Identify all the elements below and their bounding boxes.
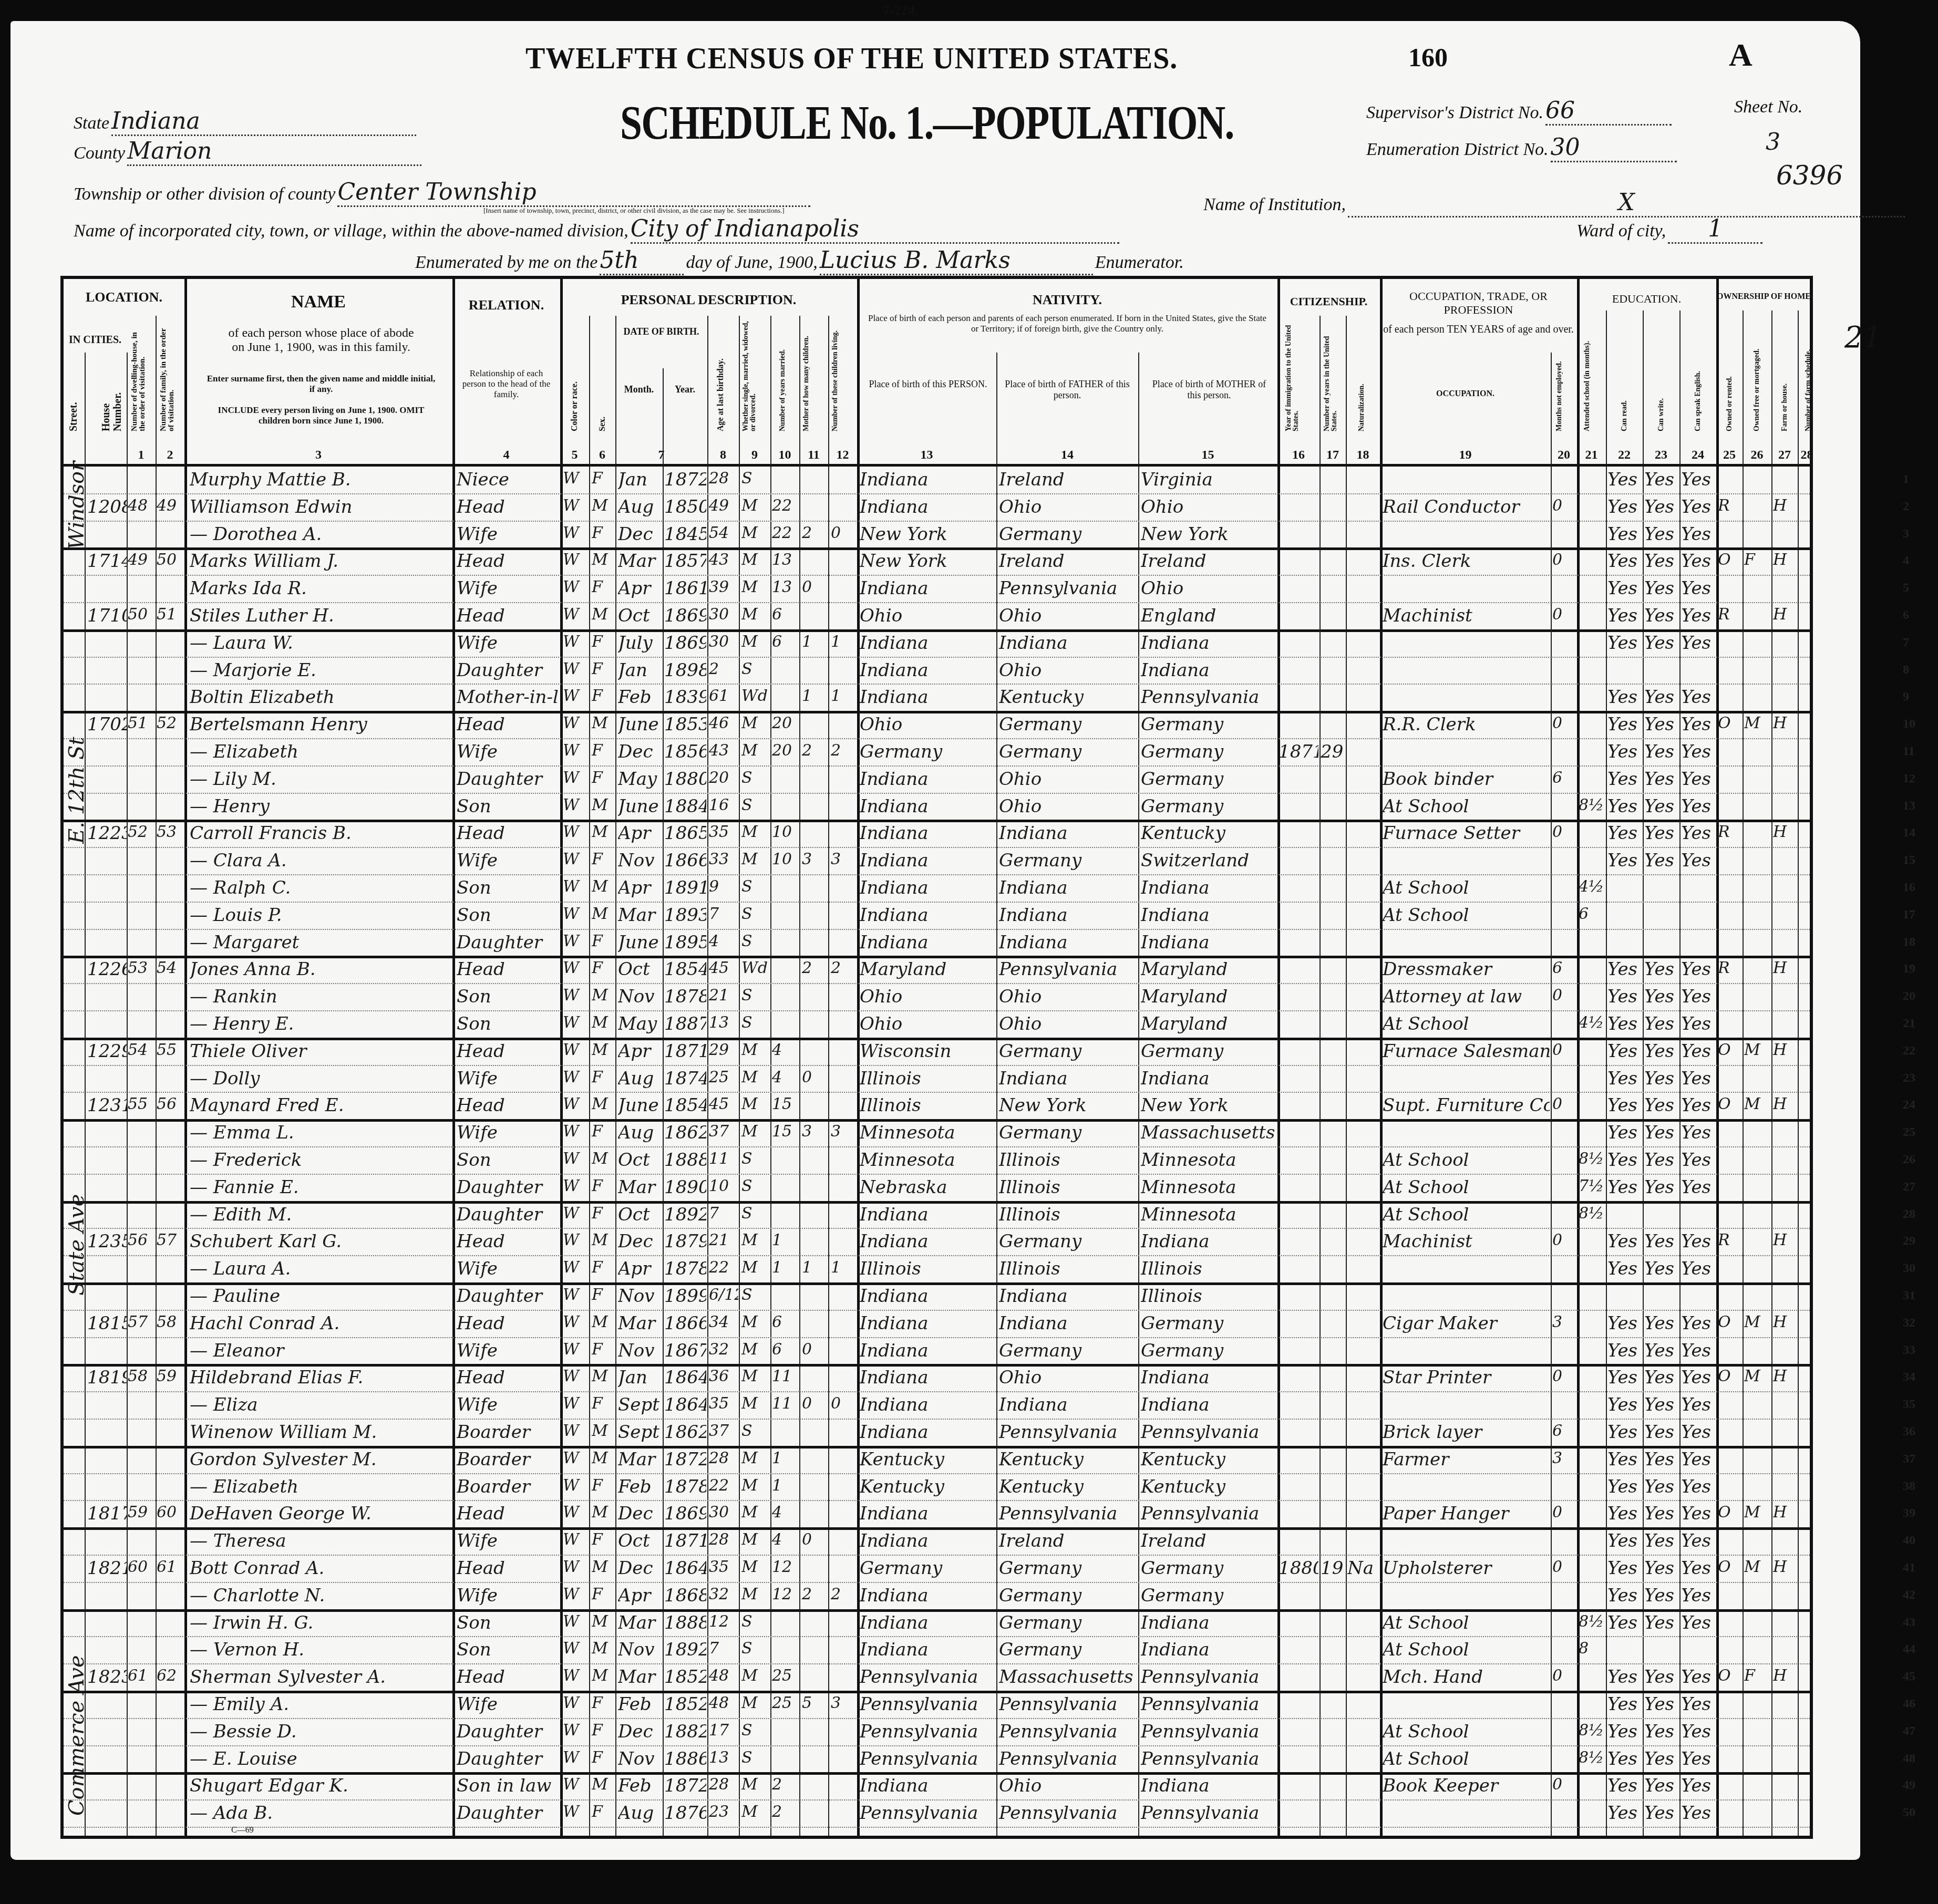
cell-age: 30 [709, 1503, 738, 1522]
header-date-of-birth: DATE OF BIRTH. [615, 326, 707, 337]
cell-month: Jan [618, 1367, 663, 1388]
enumerated-prefix: Enumerated by me on the [415, 253, 597, 272]
cell-pob: Indiana [860, 1231, 995, 1252]
cell-relation: Son in law [457, 1775, 559, 1796]
cell-name: DeHaven George W. [190, 1503, 450, 1524]
cell-sex: F [592, 1258, 615, 1277]
cell-pob-father: Ohio [999, 1775, 1137, 1796]
cell-write: Yes [1644, 1177, 1679, 1198]
cell-sex: M [592, 905, 615, 923]
cell-name: — Frederick [190, 1150, 450, 1171]
cell-name: Bertelsmann Henry [190, 714, 450, 735]
line-number: 46 [1903, 1697, 1915, 1711]
line-number: 18 [1903, 935, 1915, 949]
cell-read: Yes [1607, 1694, 1642, 1715]
cell-relation: Head [457, 496, 559, 518]
cell-pob: Pennsylvania [860, 1667, 995, 1688]
census-title: TWELFTH CENSUS OF THE UNITED STATES. [525, 42, 1178, 76]
county-label: County [74, 143, 125, 163]
cell-pob-father: Pennsylvania [999, 578, 1137, 599]
cell-pob-mother: Minnesota [1141, 1204, 1276, 1225]
cell-read: Yes [1607, 578, 1642, 599]
cell-marital: S [741, 1150, 769, 1168]
cell-english: Yes [1681, 1095, 1716, 1116]
cell-write: Yes [1644, 496, 1679, 518]
table-row: — Emma L.WifeWFAug186237M1533MinnesotaGe… [64, 1119, 1810, 1147]
cell-relation: Head [457, 959, 559, 980]
cell-write: Yes [1644, 1476, 1679, 1497]
cell-read: Yes [1607, 1340, 1642, 1361]
cell-age: 11 [709, 1150, 738, 1168]
cell-pob-mother: Germany [1141, 1558, 1276, 1579]
cell-pob: Indiana [860, 687, 995, 708]
cell-pob-father: Germany [999, 1639, 1137, 1660]
cell-pob-mother: New York [1141, 1095, 1276, 1116]
cell-unemployed: 6 [1552, 959, 1576, 977]
cell-age: 34 [709, 1313, 738, 1331]
township-value: Center Township [337, 179, 810, 207]
line-number: 38 [1903, 1479, 1915, 1494]
cell-name: Hachl Conrad A. [190, 1313, 450, 1334]
sheet-letter: A [1729, 37, 1753, 74]
cell-occupation: Rail Conductor [1383, 496, 1550, 518]
cell-month: Aug [618, 496, 663, 518]
cell-sex: M [592, 1449, 615, 1467]
cell-color: W [563, 1476, 589, 1495]
cell-pob-father: Germany [999, 1585, 1137, 1606]
cell-marital: M [741, 1694, 769, 1712]
cell-sex: F [592, 1177, 615, 1195]
institution-label: Name of Institution, [1203, 195, 1346, 214]
cell-marital: S [741, 1013, 769, 1032]
cell-marital: M [741, 1585, 769, 1603]
cell-name: — Ada B. [190, 1803, 450, 1824]
ward-value: 1 [1668, 215, 1762, 244]
cell-color: W [563, 1286, 589, 1304]
cell-year: 1876 [664, 1803, 706, 1824]
cell-unemployed: 0 [1552, 823, 1576, 841]
line-number: 39 [1903, 1506, 1915, 1520]
line-number: 22 [1903, 1044, 1915, 1058]
cell-month: Sept [618, 1394, 663, 1415]
cell-name: — Vernon H. [190, 1639, 450, 1660]
cell-age: 36 [709, 1367, 738, 1385]
line-number: 28 [1903, 1207, 1915, 1222]
cell-year: 1866 [664, 850, 706, 871]
cell-pob-father: Ohio [999, 796, 1137, 817]
enum-district-field: Enumeration District No. 30 [1366, 134, 1677, 162]
cell-age: 43 [709, 551, 738, 569]
cell-pob-father: Pennsylvania [999, 1694, 1137, 1715]
header-name: NAME [184, 292, 452, 312]
cell-marital: M [741, 1803, 769, 1821]
cell-mother-of: 1 [802, 633, 827, 651]
line-number: 23 [1903, 1071, 1915, 1085]
cell-mother-of: 2 [802, 741, 827, 760]
cell-unemployed: 0 [1552, 605, 1576, 624]
vheader-children-living: Number of these children living. [832, 321, 839, 431]
cell-read: Yes [1607, 1394, 1642, 1415]
cell-relation: Son [457, 1013, 559, 1034]
cell-pob-mother: Kentucky [1141, 1449, 1276, 1470]
street-name: State Ave [65, 1001, 89, 1296]
table-row: — Dorothea A.WifeWFDec184554M2220New Yor… [64, 521, 1810, 551]
cell-pob: Maryland [860, 959, 995, 980]
colnum: 27 [1771, 448, 1798, 462]
cell-occupation: Attorney at law [1383, 986, 1550, 1007]
cell-pob-mother: Massachusetts [1141, 1122, 1276, 1143]
cell-yrs-married: 13 [772, 578, 798, 596]
cell-relation: Daughter [457, 660, 559, 681]
cell-write: Yes [1644, 1340, 1679, 1361]
cell-house: 1223 [87, 823, 127, 844]
cell-family: 53 [157, 823, 183, 841]
cell-pob-father: Pennsylvania [999, 1721, 1137, 1742]
cell-immig: 1871 [1279, 741, 1318, 762]
cell-color: W [563, 1394, 589, 1413]
cell-pob: Ohio [860, 605, 995, 626]
cell-house: 1815 [87, 1313, 127, 1334]
cell-marital: M [741, 605, 769, 624]
page-stamp: 6396 [1776, 160, 1843, 191]
cell-read: Yes [1607, 1013, 1642, 1034]
cell-year: 1869 [664, 1503, 706, 1524]
cell-free: M [1744, 1313, 1770, 1331]
cell-relation: Head [457, 605, 559, 626]
cell-write: Yes [1644, 850, 1679, 871]
cell-year: 1887 [664, 1013, 706, 1034]
cell-relation: Head [457, 1667, 559, 1688]
cell-color: W [563, 1449, 589, 1467]
cell-occupation: Book Keeper [1383, 1775, 1550, 1796]
cell-write: Yes [1644, 959, 1679, 980]
cell-color: W [563, 1558, 589, 1576]
cell-marital: S [741, 1612, 769, 1631]
cell-owned: O [1718, 1095, 1742, 1113]
cell-year: 1866 [664, 1313, 706, 1334]
line-number: 12 [1903, 772, 1915, 786]
enumerated-mid: day of June, 1900, [686, 253, 817, 272]
cell-living: 3 [831, 1694, 856, 1712]
line-number: 33 [1903, 1343, 1915, 1358]
colnum: 6 [589, 448, 615, 462]
cell-marital: M [741, 850, 769, 868]
cell-marital: M [741, 1068, 769, 1086]
cell-yrs-married: 10 [772, 850, 798, 868]
cell-family: 50 [157, 551, 183, 569]
colnum: 8 [707, 448, 739, 462]
cell-read: Yes [1607, 1449, 1642, 1470]
cell-nat: Na [1347, 1558, 1379, 1579]
cell-pob: Indiana [860, 1204, 995, 1225]
cell-school: 7½ [1579, 1177, 1605, 1195]
supervisor-value: 66 [1545, 97, 1672, 126]
colnum: 14 [996, 448, 1138, 462]
cell-pob: Indiana [860, 850, 995, 871]
cell-name: — Clara A. [190, 850, 450, 871]
colnum: 11 [799, 448, 828, 462]
cell-pob-father: Ohio [999, 1367, 1137, 1388]
cell-year: 1879 [664, 1231, 706, 1252]
cell-name: — Laura A. [190, 1258, 450, 1279]
cell-yrs-married: 1 [772, 1449, 798, 1467]
cell-sex: F [592, 1530, 615, 1549]
line-number: 41 [1903, 1561, 1915, 1575]
street-name: Windsor [65, 465, 89, 550]
cell-name: — Louis P. [190, 905, 450, 926]
cell-read: Yes [1607, 1748, 1642, 1770]
cell-name: — Fannie E. [190, 1177, 450, 1198]
cell-living: 2 [831, 1585, 856, 1603]
cell-house: 1226 [87, 959, 127, 980]
cell-family: 51 [157, 605, 183, 624]
cell-color: W [563, 578, 589, 596]
cell-yrs-married: 6 [772, 633, 798, 651]
cell-marital: M [741, 1122, 769, 1141]
cell-pob-mother: Germany [1141, 1340, 1276, 1361]
cell-write: Yes [1644, 1122, 1679, 1143]
cell-pob: Ohio [860, 1013, 995, 1034]
cell-pob-father: Ohio [999, 1013, 1137, 1034]
cell-sex: F [592, 1803, 615, 1821]
cell-yrs-married: 4 [772, 1503, 798, 1522]
cell-marital: M [741, 633, 769, 651]
line-number: 13 [1903, 799, 1915, 813]
cell-english: Yes [1681, 1177, 1716, 1198]
cell-month: Nov [618, 850, 663, 871]
cell-farm: H [1773, 1231, 1797, 1249]
cell-color: W [563, 877, 589, 896]
table-row: 12355657Schubert Karl G.HeadWMDec187921M… [64, 1228, 1810, 1256]
cell-house: 1819 [87, 1367, 127, 1388]
cell-owned: R [1718, 496, 1742, 515]
cell-english: Yes [1681, 1748, 1716, 1770]
cell-pob-father: Indiana [999, 1068, 1137, 1089]
cell-english: Yes [1681, 1775, 1716, 1796]
cell-name: Stiles Luther H. [190, 605, 450, 626]
cell-read: Yes [1607, 1558, 1642, 1579]
cell-year: 1872 [664, 1775, 706, 1796]
cell-english: Yes [1681, 605, 1716, 626]
header-pob-person: Place of birth of this PERSON. [868, 379, 988, 390]
cell-unemployed: 0 [1552, 1231, 1576, 1249]
cell-marital: M [741, 1367, 769, 1385]
cell-relation: Head [457, 1095, 559, 1116]
cell-age: 48 [709, 1694, 738, 1712]
cell-pob: Indiana [860, 877, 995, 898]
cell-color: W [563, 469, 589, 488]
cell-yrs-married: 22 [772, 496, 798, 515]
line-number: 30 [1903, 1261, 1915, 1276]
cell-write: Yes [1644, 1095, 1679, 1116]
table-row: 12235253Carroll Francis B.HeadWMApr18653… [64, 820, 1810, 848]
cell-pob-mother: Maryland [1141, 1013, 1276, 1034]
cell-pob-father: Germany [999, 1340, 1137, 1361]
cell-read: Yes [1607, 1177, 1642, 1198]
cell-year: 1874 [664, 1068, 706, 1089]
table-row: Shugart Edgar K.Son in lawWMFeb187228M2I… [64, 1772, 1810, 1800]
cell-school: 4½ [1579, 877, 1605, 896]
cell-read: Yes [1607, 551, 1642, 572]
vheader-owned: Owned or rented. [1724, 316, 1736, 431]
cell-write: Yes [1644, 1041, 1679, 1062]
cell-unemployed: 0 [1552, 1667, 1576, 1685]
vheader-school: Attended school (in months). [1584, 316, 1591, 431]
institution-value: X [1348, 189, 1905, 218]
cell-family: 61 [157, 1558, 183, 1576]
cell-read: Yes [1607, 1585, 1642, 1606]
cell-english: Yes [1681, 796, 1716, 817]
cell-occupation: Machinist [1383, 1231, 1550, 1252]
cell-month: May [618, 769, 663, 790]
cell-month: Sept [618, 1422, 663, 1443]
cell-unemployed: 6 [1552, 769, 1576, 787]
cell-occupation: At School [1383, 1612, 1550, 1633]
cell-occupation: Book binder [1383, 769, 1550, 790]
cell-living: 0 [831, 1394, 856, 1413]
cell-english: Yes [1681, 496, 1716, 518]
cell-living: 1 [831, 633, 856, 651]
township-label: Township or other division of county [74, 184, 335, 204]
cell-pob-father: Ohio [999, 605, 1137, 626]
cell-age: 61 [709, 687, 738, 705]
cell-relation: Daughter [457, 1748, 559, 1770]
cell-pob: Nebraska [860, 1177, 995, 1198]
enumerated-line: Enumerated by me on the 5th day of June,… [415, 247, 1184, 275]
cell-marital: S [741, 1286, 769, 1304]
cell-pob-father: Germany [999, 524, 1137, 545]
state-field: State Indiana [74, 108, 416, 136]
line-number: 8 [1903, 663, 1909, 677]
vheader-house: House Number. [100, 363, 123, 431]
cell-color: W [563, 796, 589, 814]
cell-read: Yes [1607, 1721, 1642, 1742]
cell-english: Yes [1681, 1530, 1716, 1551]
cell-dwelling: 55 [128, 1095, 154, 1113]
colnum: 26 [1743, 448, 1771, 462]
cell-occupation: Mch. Hand [1383, 1667, 1550, 1688]
cell-write: Yes [1644, 1150, 1679, 1171]
cell-pob-mother: Maryland [1141, 986, 1276, 1007]
cell-read: Yes [1607, 741, 1642, 762]
cell-write: Yes [1644, 1748, 1679, 1770]
cell-sex: F [592, 578, 615, 596]
cell-pob-father: Pennsylvania [999, 1422, 1137, 1443]
cell-pob: Indiana [860, 469, 995, 490]
cell-pob: Illinois [860, 1095, 995, 1116]
cell-pob: Indiana [860, 1530, 995, 1551]
cell-pob-father: Kentucky [999, 1476, 1137, 1497]
cell-yrs-married: 6 [772, 1313, 798, 1331]
vheader-street: Street. [68, 363, 79, 431]
cell-sex: M [592, 1313, 615, 1331]
cell-year: 1869 [664, 605, 706, 626]
state-label: State [74, 113, 109, 133]
cell-english: Yes [1681, 1422, 1716, 1443]
cell-sex: F [592, 1476, 615, 1495]
cell-pob-mother: Indiana [1141, 633, 1276, 654]
cell-marital: M [741, 1041, 769, 1059]
cell-age: 7 [709, 905, 738, 923]
cell-yrs-married: 2 [772, 1803, 798, 1821]
table-row: — Laura W.WifeWFJuly186930M611IndianaInd… [64, 629, 1810, 658]
cell-farm: H [1773, 1313, 1797, 1331]
cell-write: Yes [1644, 1775, 1679, 1796]
cell-living: 2 [831, 741, 856, 760]
cell-occupation: Farmer [1383, 1449, 1550, 1470]
line-number: 1 [1903, 472, 1909, 487]
cell-write: Yes [1644, 605, 1679, 626]
cell-occupation: Paper Hanger [1383, 1503, 1550, 1524]
cell-pob-mother: Indiana [1141, 905, 1276, 926]
cell-year: 1878 [664, 986, 706, 1007]
cell-relation: Son [457, 877, 559, 898]
vheader-read: Can read. [1619, 316, 1631, 431]
cell-sex: M [592, 796, 615, 814]
cell-write: Yes [1644, 551, 1679, 572]
vheader-immigration: Year of immigration to the United States… [1285, 321, 1300, 431]
cell-read: Yes [1607, 687, 1642, 708]
cell-month: June [618, 1095, 663, 1116]
cell-write: Yes [1644, 1068, 1679, 1089]
cell-pob-father: Ohio [999, 986, 1137, 1007]
cell-write: Yes [1644, 1558, 1679, 1579]
cell-pob: Indiana [860, 1422, 995, 1443]
cell-sex: M [592, 986, 615, 1005]
cell-name: — Theresa [190, 1530, 450, 1551]
cell-family: 54 [157, 959, 183, 977]
cell-name: Williamson Edwin [190, 496, 450, 518]
table-row: — ElizaWifeWFSept186435M1100IndianaIndia… [64, 1391, 1810, 1420]
line-number: 11 [1903, 744, 1915, 759]
cell-pob-mother: Kentucky [1141, 823, 1276, 844]
cell-pob: Minnesota [860, 1150, 995, 1171]
cell-pob: Indiana [860, 1367, 995, 1388]
schedule-title: SCHEDULE No. 1.—POPULATION. [620, 95, 1234, 150]
table-row: 12265354Jones Anna B.HeadWFOct185445Wd22… [64, 956, 1810, 984]
cell-pob-mother: Germany [1141, 1041, 1276, 1062]
cell-marital: M [741, 1340, 769, 1359]
cell-mother-of: 1 [802, 1258, 827, 1277]
table-row: 18155758Hachl Conrad A.HeadWMMar186634M6… [64, 1310, 1810, 1338]
cell-marital: M [741, 1558, 769, 1576]
cell-pob-mother: Indiana [1141, 877, 1276, 898]
cell-owned: R [1718, 823, 1742, 841]
line-number: 49 [1903, 1778, 1915, 1793]
cell-year: 1852 [664, 1694, 706, 1715]
cell-yrs-married: 15 [772, 1122, 798, 1141]
vheader-marital: Whether single, married, widowed, or div… [743, 321, 757, 431]
cell-name: — Bessie D. [190, 1721, 450, 1742]
cell-family: 56 [157, 1095, 183, 1113]
cell-write: Yes [1644, 1585, 1679, 1606]
line-number: 34 [1903, 1370, 1915, 1384]
table-row: — Marjorie E.DaughterWFJan18982SIndianaO… [64, 657, 1810, 685]
cell-marital: M [741, 1667, 769, 1685]
colnum: 17 [1320, 448, 1346, 462]
cell-pob: Indiana [860, 1394, 995, 1415]
cell-month: Apr [618, 578, 663, 599]
cell-immig: 1880 [1279, 1558, 1318, 1579]
cell-relation: Wife [457, 524, 559, 545]
cell-name: — Emma L. [190, 1122, 450, 1143]
cell-occupation: Cigar Maker [1383, 1313, 1550, 1334]
cell-relation: Wife [457, 741, 559, 762]
cell-marital: M [741, 1449, 769, 1467]
cell-age: 17 [709, 1721, 738, 1740]
cell-farm: H [1773, 496, 1797, 515]
cell-family: 52 [157, 714, 183, 732]
